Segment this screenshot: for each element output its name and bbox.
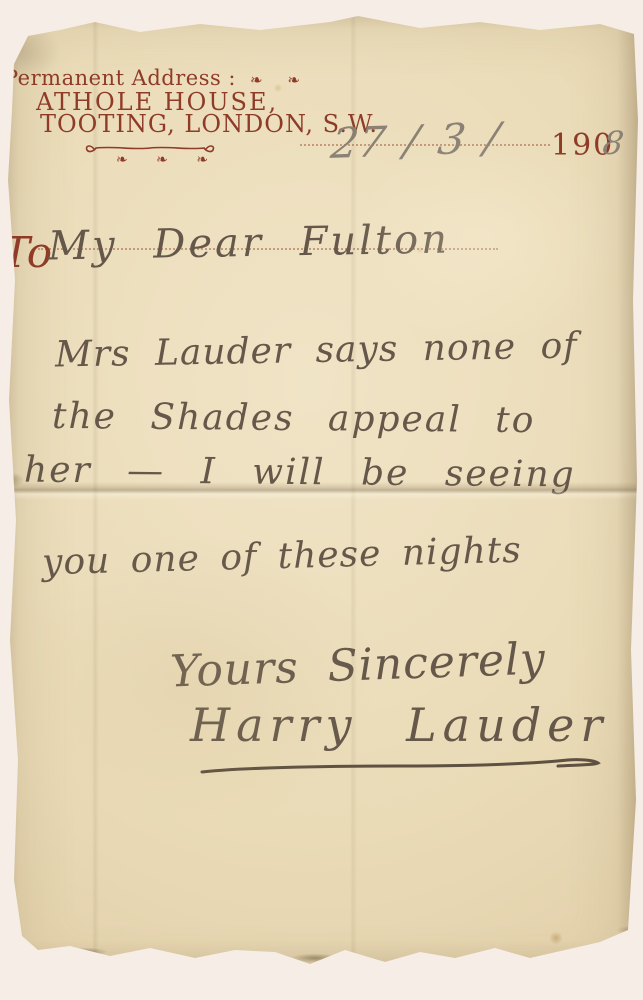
divider-sprigs-icon: ❧ ❧ ❧ [116, 152, 220, 168]
handwritten-year-digit: 8 [600, 124, 626, 162]
body-line-4: you one of these nights [42, 530, 523, 584]
body-line-3: her — I will be seeing [24, 450, 576, 496]
permanent-address-label: Permanent Address : [4, 66, 236, 90]
letterhead-permanent-address: Permanent Address :❧ ❧ [4, 66, 310, 90]
printed-to-prefix: To [2, 228, 52, 277]
scanned-letter-background: Permanent Address :❧ ❧ ATHOLE HOUSE, TOO… [0, 0, 643, 1000]
handwritten-date: 27 / 3 / [328, 113, 502, 168]
valediction: Yours Sincerely [169, 633, 546, 697]
letterhead-address-line2: TOOTING, LONDON, S.W. [40, 110, 378, 138]
body-line-2: the Shades appeal to [52, 396, 536, 441]
signature-underline-flourish-icon [198, 752, 602, 780]
salutation-handwritten: My Dear Fulton [48, 216, 451, 269]
floral-ornament-icon: ❧ ❧ [250, 71, 310, 89]
signature: Harry Lauder [190, 698, 608, 752]
body-line-1: Mrs Lauder says none of [55, 325, 578, 375]
letter-paper: Permanent Address :❧ ❧ ATHOLE HOUSE, TOO… [0, 0, 643, 1000]
